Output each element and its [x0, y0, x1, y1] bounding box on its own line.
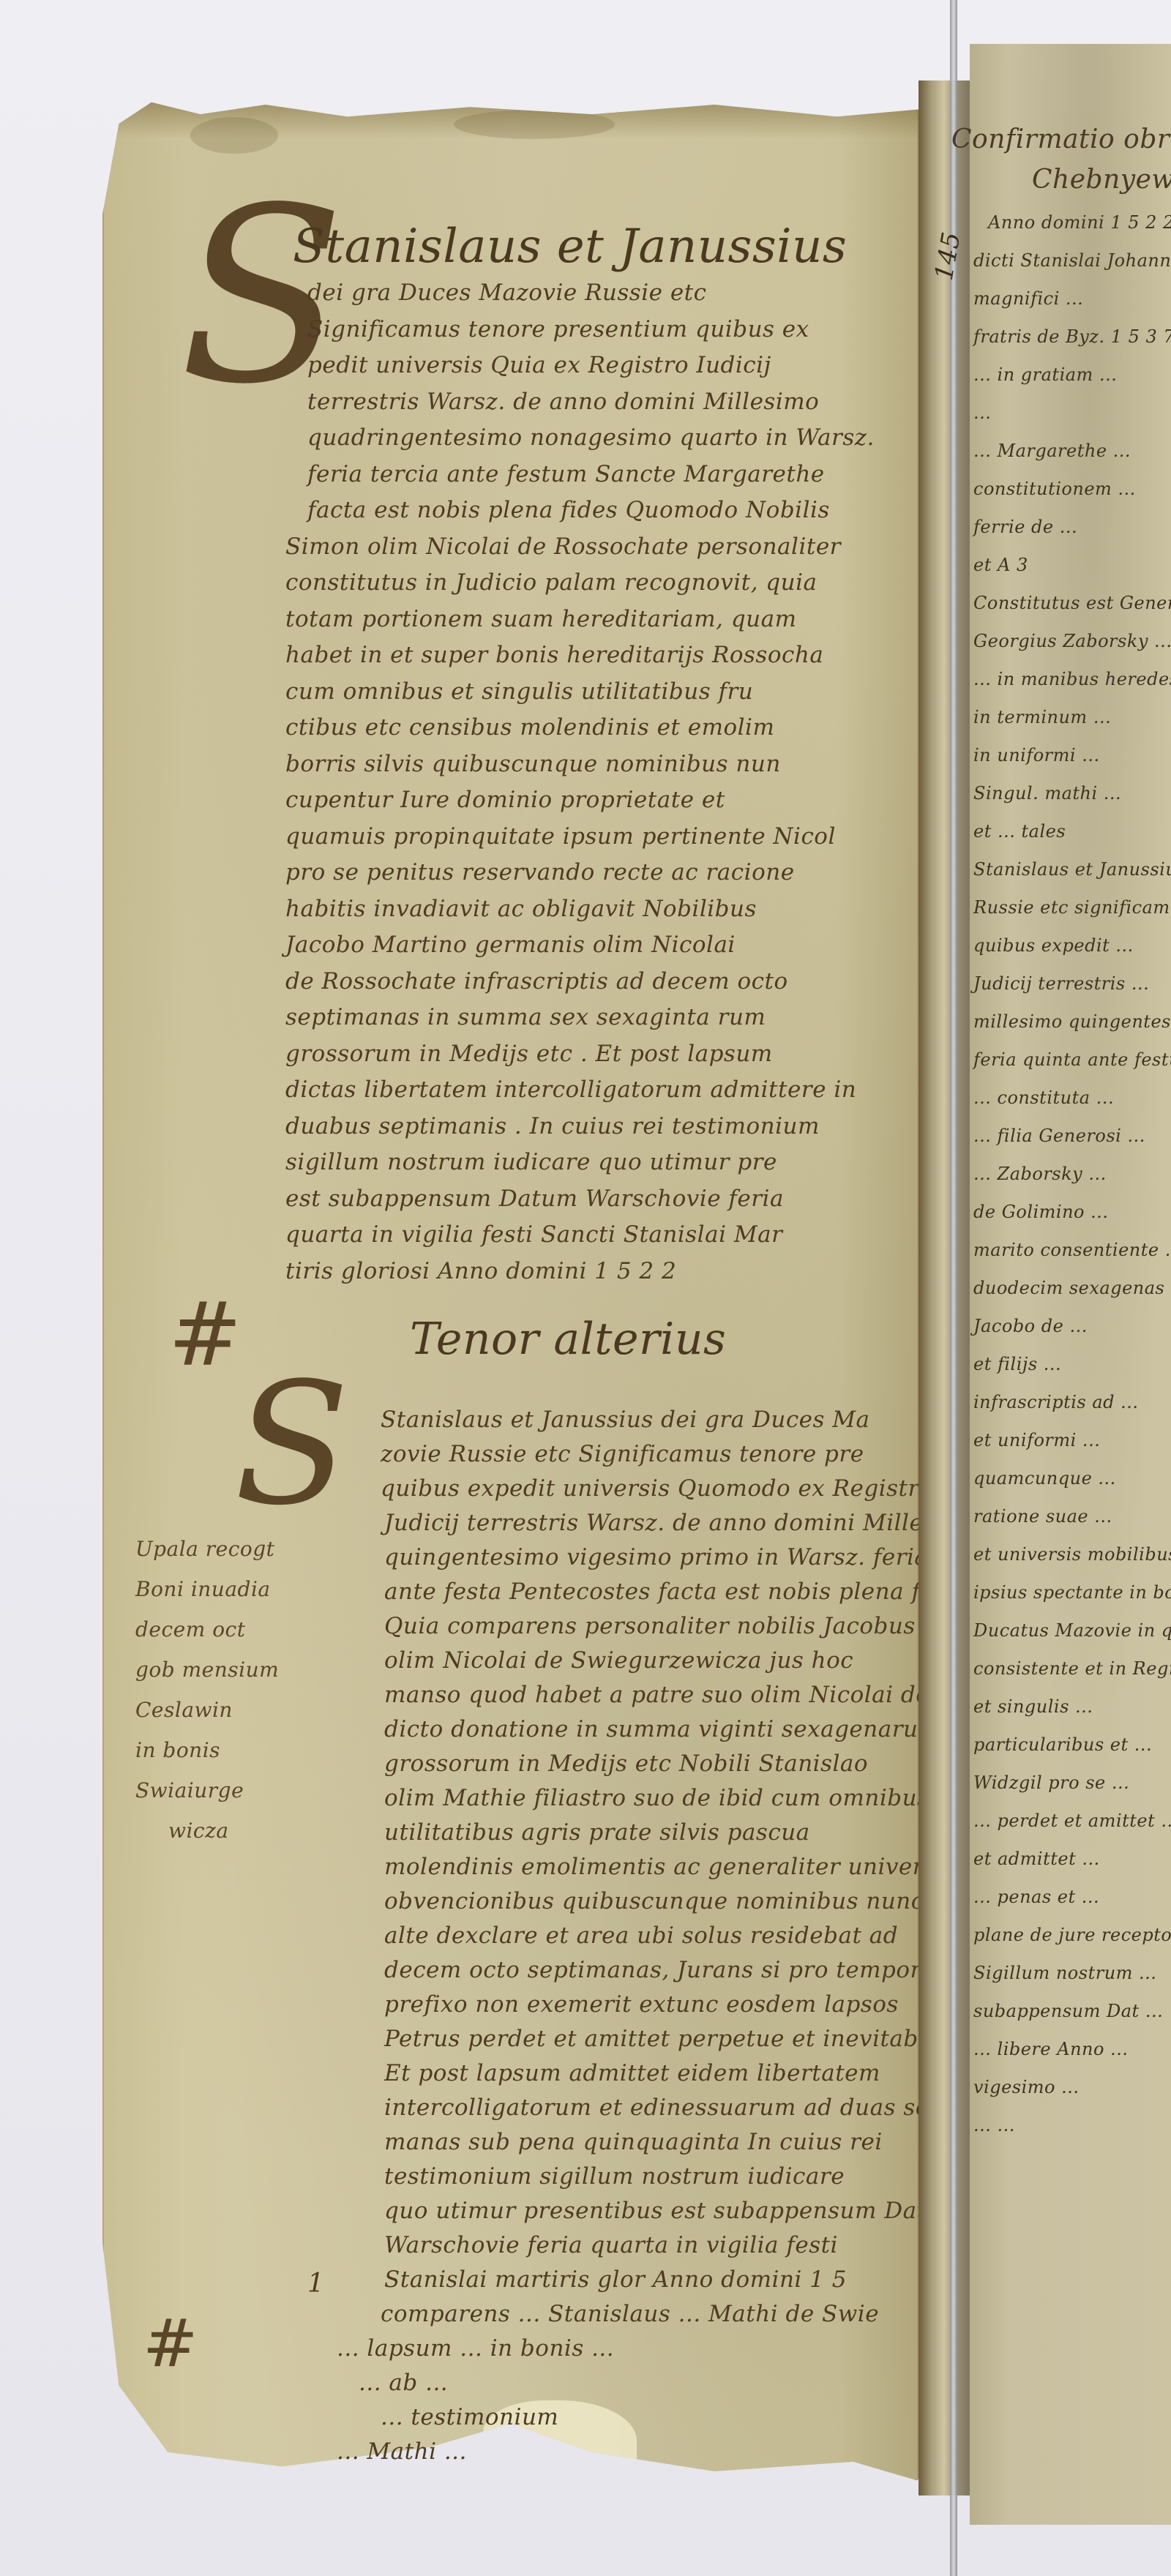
text-line: dicti Stanislai Johannis [973, 250, 1171, 271]
text-line: consistente et in Regno ... [973, 1658, 1171, 1679]
page-holder-rod [950, 0, 957, 2576]
text-line: quibus expedit ... [973, 935, 1134, 956]
text-line: quadringentesimo nonagesimo quarto in Wa… [307, 427, 875, 449]
text-line: ... ... [973, 2115, 1015, 2135]
text-line: olim Mathie filiastro suo de ibid cum om… [384, 1787, 929, 1810]
text-line: de Golimino ... [973, 1202, 1109, 1222]
right-title-line-2: Chebnyew [1032, 165, 1171, 195]
text-line: ante festa Pentecostes facta est nobis p… [384, 1581, 968, 1603]
text-line: marito consentiente ... [973, 1240, 1171, 1260]
entry-heading: Stanislaus et Janussius [293, 220, 847, 274]
text-line: ... Zaborsky ... [973, 1164, 1107, 1184]
text-line: ... in gratiam ... [973, 364, 1117, 385]
text-line: ... lapsum ... in bonis ... [337, 2337, 614, 2360]
text-line: feria quinta ante festum [973, 1049, 1171, 1070]
text-line: duodecim sexagenas ... [973, 1278, 1171, 1298]
text-line: tiris gloriosi Anno domini 1 5 2 2 [285, 1260, 676, 1283]
stain [454, 110, 615, 139]
text-line: manso quod habet a patre suo olim Nicola… [384, 1684, 929, 1707]
text-line: sigillum nostrum iudicare quo utimur pre [285, 1151, 777, 1174]
text-line: infrascriptis ad ... [973, 1392, 1139, 1412]
margin-hash-mark: # [143, 2305, 198, 2382]
text-line: Widzgil pro se ... [973, 1772, 1129, 1793]
text-line: particularibus et ... [973, 1734, 1152, 1755]
text-line: et A 3 [973, 555, 1028, 575]
margin-mark: 1 [307, 2269, 324, 2299]
text-line: alte dexclare et area ubi solus resideba… [384, 1925, 898, 1947]
text-line: cum omnibus et singulis utilitatibus fru [285, 681, 753, 703]
text-line: Judicij terrestris Warsz. de anno domini… [384, 1512, 979, 1535]
text-line: Singul. mathi ... [973, 783, 1121, 804]
text-line: quamuis propinquitate ipsum pertinente N… [285, 825, 836, 848]
text-line: ... ab ... [359, 2372, 448, 2395]
text-line: et ... tales [973, 821, 1066, 842]
text-line: de Rossochate infrascriptis ad decem oct… [285, 970, 788, 993]
text-line: Anno domini 1 5 2 2 ferie [988, 212, 1171, 233]
text-line: Significamus tenore presentium quibus ex [307, 318, 809, 341]
text-line: quamcunque ... [973, 1468, 1116, 1489]
text-line: Simon olim Nicolai de Rossochate persona… [285, 536, 841, 558]
text-line: ... [973, 402, 991, 423]
text-line: ... perdet et amittet ... [973, 1811, 1171, 1831]
text-line: ferrie de ... [973, 517, 1077, 537]
text-line: Jacobo Martino germanis olim Nicolai [285, 934, 736, 956]
text-line: Georgius Zaborsky ... [973, 631, 1171, 651]
text-line: in uniformi ... [973, 745, 1100, 765]
text-line: in terminum ... [973, 707, 1111, 727]
text-line: pedit universis Quia ex Registro Iudicij [307, 354, 771, 377]
text-line: ... constituta ... [973, 1087, 1114, 1108]
text-line: totam portionem suam hereditariam, quam [285, 608, 797, 631]
right-title-line-1: Confirmatio obrecium [951, 124, 1171, 154]
text-line: dicto donatione in summa viginti sexagen… [384, 1718, 940, 1741]
text-line: Et post lapsum admittet eidem libertatem [384, 2062, 880, 2085]
text-line: utilitatibus agris prate silvis pascua [384, 1821, 810, 1844]
text-line: decem octo septimanas, Jurans si pro tem… [384, 1959, 935, 1982]
text-line: et singulis ... [973, 1696, 1093, 1717]
text-line: est subappensum Datum Warschovie feria [285, 1188, 784, 1210]
text-line: Sigillum nostrum ... [973, 1963, 1156, 1983]
decorative-initial-s: S [234, 1361, 350, 1529]
text-line: Quia comparens personaliter nobilis Jaco… [384, 1615, 916, 1638]
text-line: quo utimur presentibus est subappensum D… [384, 2200, 963, 2223]
text-line: feria tercia ante festum Sancte Margaret… [307, 463, 825, 486]
text-line: olim Nicolai de Swiegurzewicza jus hoc [384, 1650, 853, 1672]
text-line: in bonis [135, 1738, 220, 1762]
text-line: prefixo non exemerit extunc eosdem lapso… [384, 1993, 899, 2016]
text-line: grossorum in Medijs etc . Et post lapsum [285, 1043, 773, 1066]
text-line: ... in manibus heredes ... [973, 669, 1171, 689]
text-line: terrestris Warsz. de anno domini Millesi… [307, 391, 819, 413]
text-line: Constitutus est Generosus [973, 593, 1171, 613]
text-line: Petrus perdet et amittet perpetue et ine… [384, 2028, 976, 2051]
text-line: Ducatus Mazovie in quo [973, 1620, 1171, 1641]
text-line: vigesimo ... [973, 2077, 1080, 2097]
text-line: Swiaiurge [135, 1778, 244, 1802]
stain [190, 117, 278, 154]
text-line: constitutus in Judicio palam recognovit,… [285, 572, 818, 594]
text-line: ... testimonium [381, 2406, 558, 2429]
text-line: decem oct [135, 1617, 246, 1641]
text-line: Stanislai martiris glor Anno domini 1 5 [384, 2269, 847, 2291]
text-line: gob mensium [135, 1658, 279, 1682]
text-line: pro se penitus reservando recte ac racio… [285, 861, 795, 884]
text-line: Ceslawin [135, 1698, 233, 1722]
text-line: zovie Russie etc Significamus tenore pre [381, 1443, 864, 1466]
text-line: subappensum Dat ... [973, 2001, 1163, 2021]
text-line: molendinis emolimentis ac generaliter un… [384, 1856, 955, 1879]
text-line: Boni inuadia [135, 1577, 271, 1601]
text-line: borris silvis quibuscunque nominibus nun [285, 753, 781, 776]
text-line: septimanas in summa sex sexaginta rum [285, 1006, 766, 1029]
text-line: intercolligatorum et edinessuarum ad dua… [384, 2097, 961, 2119]
text-line: dictas libertatem intercolligatorum admi… [285, 1079, 856, 1101]
text-line: comparens ... Stanislaus ... Mathi de Sw… [381, 2303, 879, 2326]
text-line: et admittet ... [973, 1849, 1100, 1869]
text-line: ... libere Anno ... [973, 2039, 1128, 2059]
text-line: et universis mobilibus et [973, 1544, 1171, 1565]
text-line: quibus expedit universis Quomodo ex Regi… [381, 1478, 933, 1500]
text-line: Stanislaus et Janussius dei gra Duces Ma [381, 1409, 870, 1431]
text-line: Russie etc significamus [973, 897, 1171, 918]
text-line: et filijs ... [973, 1354, 1061, 1374]
entry-subheading: Tenor alterius [410, 1314, 726, 1365]
margin-hash-mark: # [168, 1284, 242, 1386]
text-line: cupentur Iure dominio proprietate et [285, 789, 725, 812]
text-line: magnifici ... [973, 288, 1083, 309]
text-line: millesimo quingentesimo ... [973, 1011, 1171, 1032]
text-line: ... penas et ... [973, 1887, 1099, 1907]
text-line: Jacobo de ... [973, 1316, 1088, 1336]
text-line: Warschovie feria quarta in vigilia festi [384, 2234, 838, 2257]
text-line: ... filia Generosi ... [973, 1126, 1145, 1146]
text-line: ... Margarethe ... [973, 441, 1131, 461]
text-line: Stanislaus et Janussius [973, 859, 1171, 880]
text-line: facta est nobis plena fides Quomodo Nobi… [307, 499, 830, 522]
text-line: Judicij terrestris ... [973, 973, 1149, 994]
text-line: fratris de Byz. 1 5 3 7 [973, 326, 1171, 347]
text-line: ... Mathi ... [337, 2441, 467, 2463]
text-line: quingentesimo vigesimo primo in Warsz. f… [384, 1546, 1005, 1569]
text-line: constitutionem ... [973, 479, 1136, 499]
text-line: habitis invadiavit ac obligavit Nobilibu… [285, 898, 757, 921]
text-line: manas sub pena quinquaginta In cuius rei [384, 2131, 883, 2154]
text-line: testimonium sigillum nostrum iudicare [384, 2165, 845, 2188]
text-line: wicza [168, 1819, 229, 1843]
text-line: habet in et super bonis hereditarijs Ros… [285, 644, 823, 667]
text-line: quarta in vigilia festi Sancti Stanislai… [285, 1224, 782, 1246]
text-line: ctibus etc censibus molendinis et emolim [285, 716, 774, 739]
text-line: dei gra Duces Mazovie Russie etc [307, 282, 707, 304]
text-line: duabus septimanis . In cuius rei testimo… [285, 1115, 820, 1138]
text-line: et uniformi ... [973, 1430, 1100, 1450]
text-line: ratione suae ... [973, 1506, 1112, 1527]
binding-gutter [919, 80, 970, 2495]
text-line: Upala recogt [135, 1537, 274, 1561]
text-line: plane de jure recepto ... [973, 1925, 1171, 1945]
text-line: grossorum in Medijs etc Nobili Stanislao [384, 1753, 868, 1775]
text-line: ipsius spectante in bonis [973, 1582, 1171, 1603]
